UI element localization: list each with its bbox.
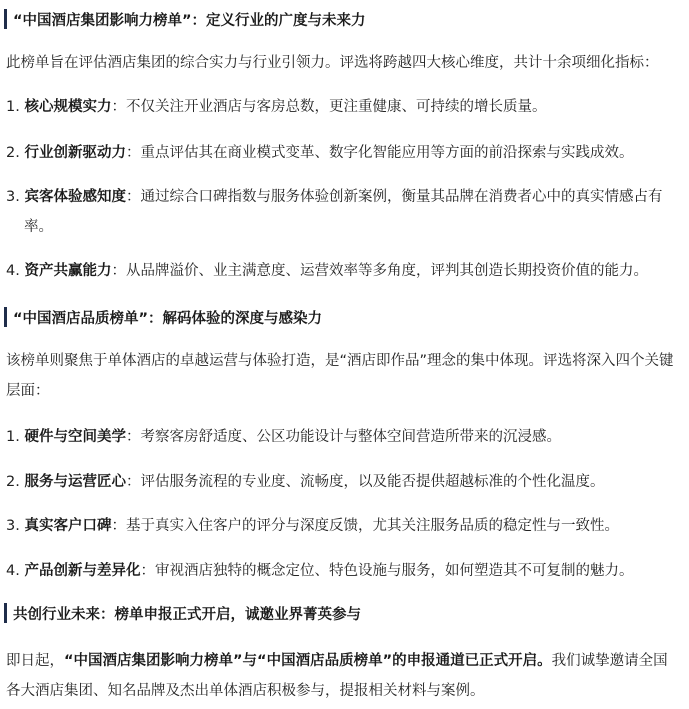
item-number: 3. [6, 189, 24, 205]
item-key: 硬件与空间美学 [24, 429, 126, 445]
heading-text: 共创行业未来：榜单申报正式开启，诚邀业界菁英参与 [13, 603, 361, 624]
item-number: 4. [6, 263, 24, 279]
item-number: 3. [6, 518, 24, 534]
criteria-item: 4. 资产共赢能力：从品牌溢价、业主满意度、运营效率等多角度，评判其创造长期投资… [6, 256, 681, 286]
heading-accent-bar [4, 307, 7, 327]
item-separator: ： [126, 189, 141, 205]
item-separator: ： [126, 145, 141, 161]
criteria-item: 1. 核心规模实力：不仅关注开业酒店与客房总数，更注重健康、可持续的增长质量。 [6, 92, 681, 122]
criteria-item: 1. 硬件与空间美学：考察客房舒适度、公区功能设计与整体空间营造所带来的沉浸感。 [6, 422, 681, 452]
criteria-item: 2. 行业创新驱动力：重点评估其在商业模式变革、数字化智能应用等方面的前沿探索与… [6, 138, 681, 168]
item-number: 1. [6, 429, 24, 445]
item-key: 真实客户口碑 [24, 518, 111, 534]
closing-paragraph: 即日起，“中国酒店集团影响力榜单”与“中国酒店品质榜单”的申报通道已正式开启。我… [6, 646, 681, 706]
item-key: 核心规模实力 [24, 99, 111, 115]
item-separator: ： [140, 563, 155, 579]
item-number: 1. [6, 99, 24, 115]
item-key: 服务与运营匠心 [24, 474, 126, 490]
heading-accent-bar [4, 603, 7, 623]
item-number: 2. [6, 145, 24, 161]
heading-accent-bar [4, 9, 7, 29]
section-heading-quality: “中国酒店品质榜单”：解码体验的深度与感染力 [4, 306, 322, 328]
item-text: 基于真实入住客户的评分与深度反馈，尤其关注服务品质的稳定性与一致性。 [126, 518, 619, 534]
closing-lead: 即日起， [6, 653, 64, 669]
item-key: 资产共赢能力 [24, 263, 111, 279]
item-separator: ： [111, 518, 126, 534]
item-separator: ： [126, 474, 141, 490]
criteria-item: 4. 产品创新与差异化：审视酒店独特的概念定位、特色设施与服务，如何塑造其不可复… [6, 556, 681, 586]
item-text: 评估服务流程的专业度、流畅度，以及能否提供超越标准的个性化温度。 [140, 474, 604, 490]
intro-paragraph: 该榜单则聚焦于单体酒店的卓越运营与体验打造，是“酒店即作品”理念的集中体现。评选… [6, 346, 681, 406]
item-key: 宾客体验感知度 [24, 189, 126, 205]
section-heading-call-for-entries: 共创行业未来：榜单申报正式开启，诚邀业界菁英参与 [4, 602, 361, 624]
item-text: 审视酒店独特的概念定位、特色设施与服务，如何塑造其不可复制的魅力。 [155, 563, 634, 579]
criteria-item: 2. 服务与运营匠心：评估服务流程的专业度、流畅度，以及能否提供超越标准的个性化… [6, 467, 681, 497]
closing-bold-text: “中国酒店集团影响力榜单”与“中国酒店品质榜单”的申报通道已正式开启。 [64, 653, 552, 669]
item-key: 行业创新驱动力 [24, 145, 126, 161]
criteria-item: 3. 宾客体验感知度：通过综合口碑指数与服务体验创新案例，衡量其品牌在消费者心中… [6, 182, 681, 242]
criteria-item: 3. 真实客户口碑：基于真实入住客户的评分与深度反馈，尤其关注服务品质的稳定性与… [6, 511, 681, 541]
item-number: 2. [6, 474, 24, 490]
heading-text: “中国酒店品质榜单”：解码体验的深度与感染力 [13, 307, 322, 328]
section-heading-group-influence: “中国酒店集团影响力榜单”：定义行业的广度与未来力 [4, 8, 366, 30]
item-text: 考察客房舒适度、公区功能设计与整体空间营造所带来的沉浸感。 [140, 429, 561, 445]
item-number: 4. [6, 563, 24, 579]
intro-paragraph: 此榜单旨在评估酒店集团的综合实力与行业引领力。评选将跨越四大核心维度，共计十余项… [6, 48, 681, 78]
item-separator: ： [111, 263, 126, 279]
heading-text: “中国酒店集团影响力榜单”：定义行业的广度与未来力 [13, 9, 366, 30]
item-key: 产品创新与差异化 [24, 563, 140, 579]
item-separator: ： [111, 99, 126, 115]
item-text: 重点评估其在商业模式变革、数字化智能应用等方面的前沿探索与实践成效。 [140, 145, 633, 161]
item-text: 从品牌溢价、业主满意度、运营效率等多角度，评判其创造长期投资价值的能力。 [126, 263, 648, 279]
item-separator: ： [126, 429, 141, 445]
item-text: 不仅关注开业酒店与客房总数，更注重健康、可持续的增长质量。 [126, 99, 547, 115]
